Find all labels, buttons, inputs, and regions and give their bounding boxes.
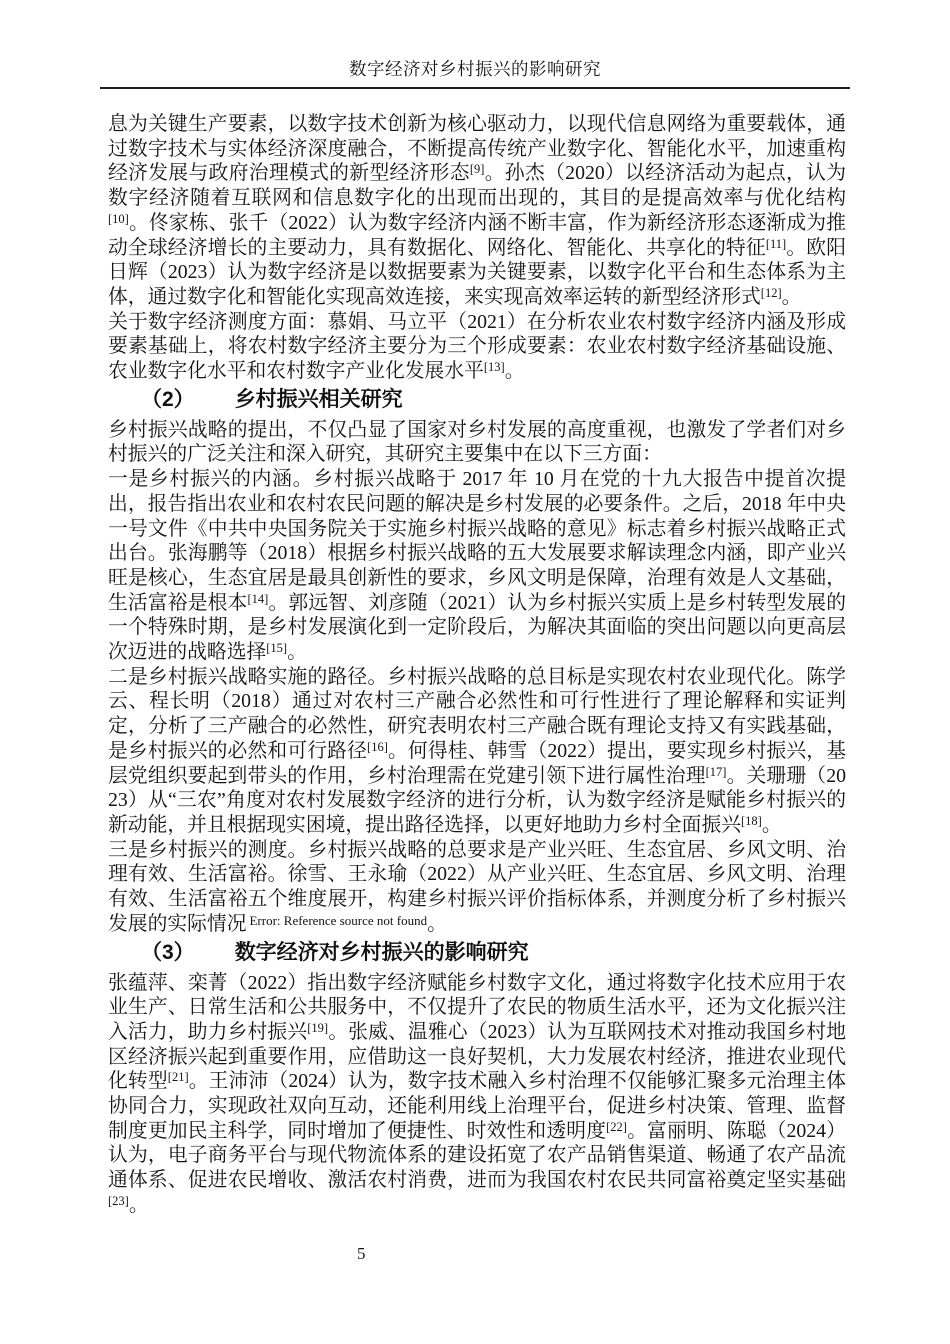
citation-marker: [19] <box>307 1021 328 1035</box>
citation-marker: [16] <box>367 740 388 754</box>
paragraph: 息为关键生产要素，以数字技术创新为核心驱动力，以现代信息网络为重要载体，通过数字… <box>108 112 846 310</box>
citation-marker: [13] <box>484 360 505 374</box>
citation-marker: [15] <box>266 641 287 655</box>
running-head-title: 数字经济对乡村振兴的影响研究 <box>100 58 850 80</box>
reference-error-text: Error: Reference source not found <box>249 913 427 928</box>
citation-marker: [21] <box>168 1070 189 1084</box>
citation-marker: [14] <box>247 592 268 606</box>
page-number: 5 <box>357 1243 366 1265</box>
section-heading: （2）乡村振兴相关研究 <box>108 387 846 412</box>
paragraph: 张蕴萍、栾菁（2022）指出数字经济赋能乡村数字文化，通过将数字化技术应用于农业… <box>108 971 846 1218</box>
paragraph: 一是乡村振兴的内涵。乡村振兴战略于 2017 年 10 月在党的十九大报告中提首… <box>108 467 846 665</box>
citation-marker: [9] <box>470 162 485 176</box>
paragraph: 二是乡村振兴战略实施的路径。乡村振兴战略的总目标是实现农村农业现代化。陈学云、程… <box>108 665 846 838</box>
document-body: 息为关键生产要素，以数字技术创新为核心驱动力，以现代信息网络为重要载体，通过数字… <box>108 112 846 1218</box>
section-title: 乡村振兴相关研究 <box>235 388 403 411</box>
citation-marker: [12] <box>761 286 782 300</box>
paragraph: 乡村振兴战略的提出，不仅凸显了国家对乡村发展的高度重视，也激发了学者们对乡村振兴… <box>108 418 846 467</box>
citation-marker: [11] <box>766 237 786 251</box>
document-page: 数字经济对乡村振兴的影响研究 息为关键生产要素，以数字技术创新为核心驱动力，以现… <box>0 0 950 1344</box>
section-number: （2） <box>141 387 195 412</box>
page-header: 数字经济对乡村振兴的影响研究 <box>100 58 850 89</box>
citation-marker: [10] <box>108 212 129 226</box>
paragraph: 三是乡村振兴的测度。乡村振兴战略的总要求是产业兴旺、生态宜居、乡风文明、治理有效… <box>108 838 846 937</box>
section-title: 数字经济对乡村振兴的影响研究 <box>235 941 529 964</box>
paragraph: 关于数字经济测度方面：慕娟、马立平（2021）在分析农业农村数字经济内涵及形成要… <box>108 310 846 384</box>
citation-marker: [18] <box>741 814 762 828</box>
section-heading: （3）数字经济对乡村振兴的影响研究 <box>108 940 846 965</box>
citation-marker: [23] <box>108 1194 129 1208</box>
citation-marker: [22] <box>606 1120 627 1134</box>
section-number: （3） <box>141 940 195 965</box>
citation-marker: [17] <box>706 765 727 779</box>
